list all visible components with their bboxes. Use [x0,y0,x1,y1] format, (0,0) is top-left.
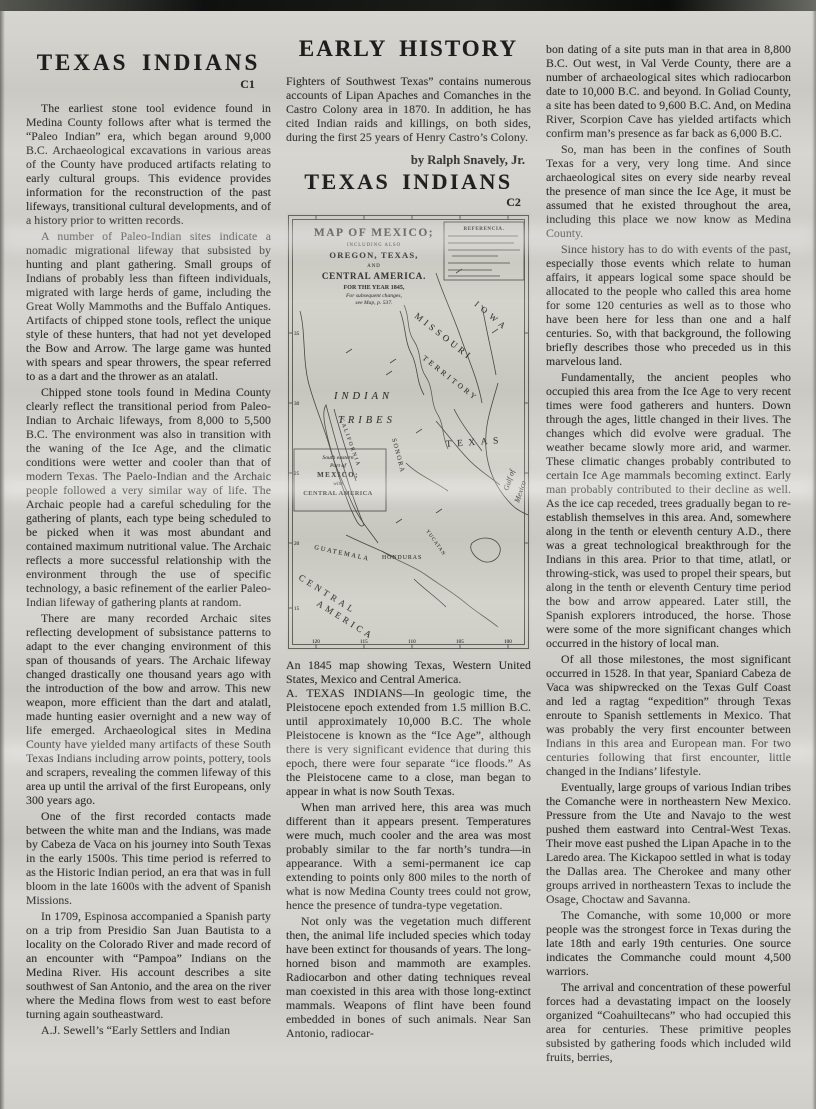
paragraph: In 1709, Espinosa accompanied a Spanish … [26,909,271,1021]
map-title-line: FOR THE YEAR 1845, [344,285,405,291]
column-continuation: bon dating of a site puts man in that ar… [546,30,791,1105]
map-1845-mexico-image: MAP OF MEXICO; INCLUDING ALSO OREGON, TE… [286,213,531,651]
paragraph: Since history has to do with events of t… [546,242,791,368]
paragraph: So, man has been in the confines of Sout… [546,142,791,240]
column-texas-indians: TEXAS INDIANS C1 The earliest stone tool… [26,30,271,1105]
paragraph: Eventually, large groups of various Indi… [546,780,791,906]
paragraph: The Comanche, with some 10,000 or more p… [546,908,791,978]
map-label-territory: TERRITORY [421,353,481,402]
map-label-iowa: IOWA [473,299,512,334]
map-inset-line: CENTRAL AMERICA [303,490,372,497]
map-title-block: MAP OF MEXICO; INCLUDING ALSO OREGON, TE… [314,227,434,306]
map-latitude-tick: 35 [294,331,300,337]
map-title-line: see Map, p. 537. [355,300,392,306]
paragraph: A number of Paleo-Indian sites indicate … [26,229,271,383]
map-title-line: For subsequent changes, [345,293,403,299]
paragraph: Fundamentally, the ancient peoples who o… [546,370,791,650]
map-longitude-tick: 100 [504,639,512,645]
scanned-newspaper-page: TEXAS INDIANS C1 The earliest stone tool… [0,0,816,1109]
paragraph: One of the first recorded contacts made … [26,809,271,907]
article-columns: TEXAS INDIANS C1 The earliest stone tool… [26,30,792,1105]
subheading-texas-indians: TEXAS INDIANS [286,169,531,194]
scan-edge-right [812,11,816,1109]
map-inset-line: MEXICO; [317,471,359,479]
heading-early-history: EARLY HISTORY [286,36,531,62]
map-inset-line: South eastern [322,455,353,461]
scan-edge-left [0,11,5,1109]
map-title-line: AND [367,264,380,269]
map-title-line: CENTRAL AMERICA. [322,271,426,281]
column-early-history: EARLY HISTORY Fighters of Southwest Texa… [286,30,531,1105]
map-title-line: OREGON, TEXAS, [329,250,418,260]
paragraph: Not only was the vegetation much differe… [286,914,531,1040]
paragraph: There are many recorded Archaic sites re… [26,611,271,807]
map-label-texas: TEXAS [446,436,505,450]
map-label-yucatan: YUCATAN [424,529,446,557]
map-inset-line: with [333,481,343,487]
map-figure: MAP OF MEXICO; INCLUDING ALSO OREGON, TE… [286,213,531,686]
map-label-indian: INDIAN [333,391,393,402]
byline: by Ralph Snavely, Jr. [286,153,525,167]
paragraph: When man arrived here, this area was muc… [286,800,531,912]
heading-texas-indians: TEXAS INDIANS [26,50,271,76]
map-label-sonora: SONORA [390,438,406,474]
map-label-mexico-sea: Mexico [512,479,528,504]
map-longitude-tick: 105 [456,639,464,645]
map-latitude-tick: 30 [294,401,300,407]
map-label-missouri: MISSOURI [413,311,475,363]
map-title-line: MAP OF MEXICO; [314,227,434,239]
section-label-c2: C2 [286,196,531,209]
map-label-honduras: HONDURAS [382,555,422,561]
paragraph: The arrival and concentration of these p… [546,980,791,1064]
map-caption: An 1845 map showing Texas, Western Unite… [286,658,531,686]
paragraph: Of all those milestones, the most signif… [546,652,791,778]
map-latitude-tick: 25 [294,471,300,477]
map-legend-title: REFERENCIA. [464,227,505,232]
section-label-c1: C1 [26,78,271,91]
scan-edge-top [0,0,816,11]
map-inset-line: Part of [329,462,347,469]
map-title-line: INCLUDING ALSO [347,243,401,248]
map-longitude-tick: 120 [312,639,320,645]
map-legend: REFERENCIA. [444,222,524,280]
paragraph: Chipped stone tools found in Medina Coun… [26,385,271,609]
map-inset-note: South eastern Part of MEXICO; with CENTR… [303,455,372,497]
map-label-gulf-of: Gulf of [501,468,516,492]
map-latitude-tick: 15 [294,606,300,612]
paragraph: A.J. Sewell’s “Early Settlers and Indian [26,1023,271,1037]
paragraph: A. TEXAS INDIANS—In geologic time, the P… [286,686,531,798]
paragraph: Fighters of Southwest Texas” contains nu… [286,74,531,144]
map-longitude-tick: 110 [408,639,416,645]
paragraph: bon dating of a site puts man in that ar… [546,42,791,140]
map-longitude-tick: 115 [360,639,368,645]
map-label-guatemala: GUATEMALA [314,544,371,563]
map-latitude-tick: 20 [294,541,300,547]
paragraph: The earliest stone tool evidence found i… [26,101,271,227]
